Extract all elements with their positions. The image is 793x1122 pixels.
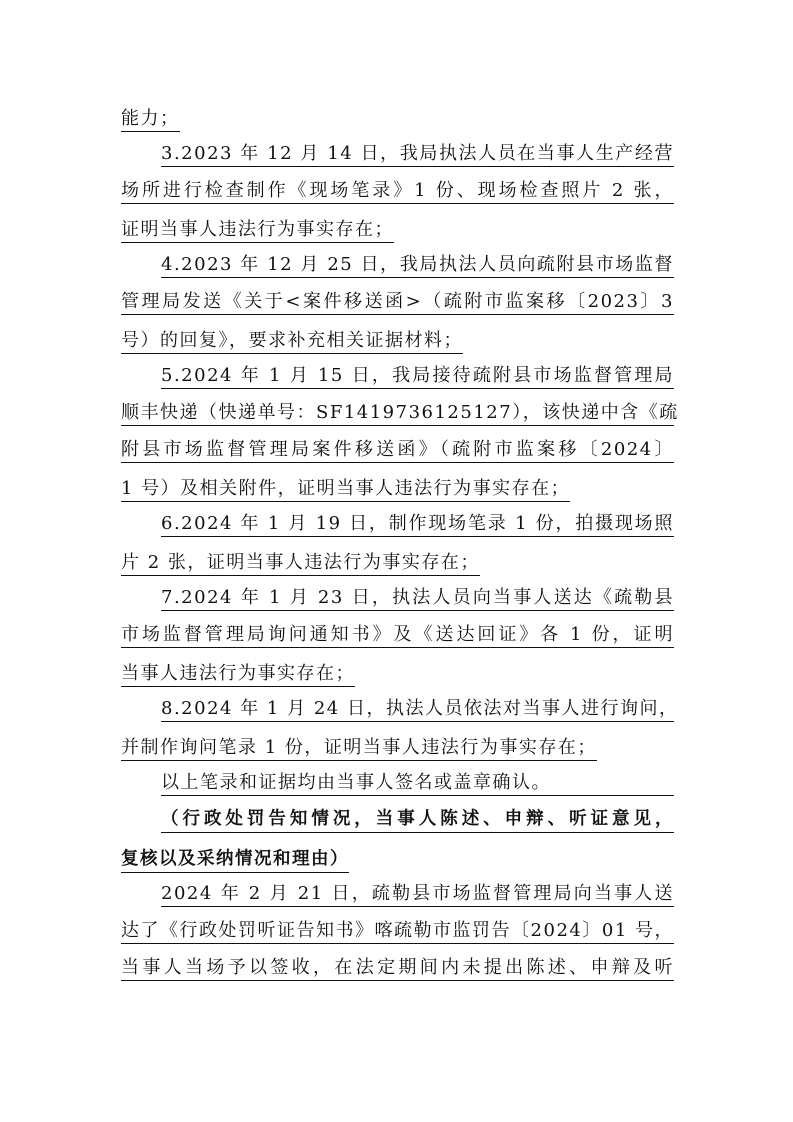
line-text: 附县市场监督管理局案件移送函》（疏附市监案移〔2024〕 xyxy=(121,437,674,463)
section-heading-line-1: （行政处罚告知情况，当事人陈述、申辩、听证意见， xyxy=(121,807,674,844)
text-line-4: 证明当事人违法行为事实存在； xyxy=(121,215,674,252)
text-line-18: 并制作询问笔录 1 份，证明当事人违法行为事实存在； xyxy=(121,733,674,770)
text-line-17: 8.2024 年 1 月 24 日，执法人员依法对当事人进行询问， xyxy=(121,696,674,733)
text-line-5: 4.2023 年 12 月 25 日，我局执法人员向疏附县市场监督 xyxy=(121,252,674,289)
text-line-1: 能力； xyxy=(121,104,674,141)
line-text: 5.2024 年 1 月 15 日，我局接待疏附县市场监督管理局 xyxy=(161,363,674,389)
line-text: 证明当事人违法行为事实存在； xyxy=(121,217,394,243)
line-text: 市场监督管理局询问通知书》及《送达回证》各 1 份，证明 xyxy=(121,622,674,648)
line-text: 7.2024 年 1 月 23 日，执法人员向当事人送达《疏勒县 xyxy=(161,585,674,611)
text-line-14: 7.2024 年 1 月 23 日，执法人员向当事人送达《疏勒县 xyxy=(121,585,674,622)
document-page: 能力； 3.2023 年 12 月 14 日，我局执法人员在当事人生产经营 场所… xyxy=(121,104,674,992)
line-text: 顺丰快递（快递单号：SF1419736125127），该快递中含《疏 xyxy=(121,400,674,426)
line-text: 3.2023 年 12 月 14 日，我局执法人员在当事人生产经营 xyxy=(161,141,674,167)
text-line-13: 片 2 张，证明当事人违法行为事实存在； xyxy=(121,548,674,585)
text-line-19: 以上笔录和证据均由当事人签名或盖章确认。 xyxy=(121,770,674,807)
line-text: 4.2023 年 12 月 25 日，我局执法人员向疏附县市场监督 xyxy=(161,252,674,278)
line-text: 号）的回复》，要求补充相关证据材料； xyxy=(121,328,463,354)
text-line-24: 当事人当场予以签收，在法定期间内未提出陈述、申辩及听 xyxy=(121,955,674,992)
text-line-15: 市场监督管理局询问通知书》及《送达回证》各 1 份，证明 xyxy=(121,622,674,659)
line-text: 1 号）及相关附件，证明当事人违法行为事实存在； xyxy=(121,476,570,502)
line-text: 2024 年 2 月 21 日，疏勒县市场监督管理局向当事人送 xyxy=(161,881,674,907)
section-heading-text: （行政处罚告知情况，当事人陈述、申辩、听证意见， xyxy=(161,807,674,833)
text-line-2: 3.2023 年 12 月 14 日，我局执法人员在当事人生产经营 xyxy=(121,141,674,178)
text-line-11: 1 号）及相关附件，证明当事人违法行为事实存在； xyxy=(121,474,674,511)
text-line-3: 场所进行检查制作《现场笔录》1 份、现场检查照片 2 张， xyxy=(121,178,674,215)
line-text: 能力； xyxy=(121,106,180,132)
text-line-10: 附县市场监督管理局案件移送函》（疏附市监案移〔2024〕 xyxy=(121,437,674,474)
line-text: 8.2024 年 1 月 24 日，执法人员依法对当事人进行询问， xyxy=(161,696,674,722)
text-line-7: 号）的回复》，要求补充相关证据材料； xyxy=(121,326,674,363)
line-text: 并制作询问笔录 1 份，证明当事人违法行为事实存在； xyxy=(121,735,597,761)
line-text: 场所进行检查制作《现场笔录》1 份、现场检查照片 2 张， xyxy=(121,178,674,204)
line-text: 当事人违法行为事实存在； xyxy=(121,661,355,687)
line-text: 以上笔录和证据均由当事人签名或盖章确认。 xyxy=(161,770,674,796)
text-line-12: 6.2024 年 1 月 19 日，制作现场笔录 1 份，拍摄现场照 xyxy=(121,511,674,548)
line-text: 管理局发送《关于<案件移送函>（疏附市监案移〔2023〕3 xyxy=(121,289,674,315)
section-heading-line-2: 复核以及采纳情况和理由） xyxy=(121,844,674,881)
line-text: 6.2024 年 1 月 19 日，制作现场笔录 1 份，拍摄现场照 xyxy=(161,511,674,537)
text-line-16: 当事人违法行为事实存在； xyxy=(121,659,674,696)
section-heading-text: 复核以及采纳情况和理由） xyxy=(121,847,349,873)
text-line-9: 顺丰快递（快递单号：SF1419736125127），该快递中含《疏 xyxy=(121,400,674,437)
line-text: 片 2 张，证明当事人违法行为事实存在； xyxy=(121,550,480,576)
text-line-8: 5.2024 年 1 月 15 日，我局接待疏附县市场监督管理局 xyxy=(121,363,674,400)
text-line-6: 管理局发送《关于<案件移送函>（疏附市监案移〔2023〕3 xyxy=(121,289,674,326)
text-line-22: 2024 年 2 月 21 日，疏勒县市场监督管理局向当事人送 xyxy=(121,881,674,918)
line-text: 达了《行政处罚听证告知书》喀疏勒市监罚告〔2024〕01 号， xyxy=(121,918,674,944)
line-text: 当事人当场予以签收，在法定期间内未提出陈述、申辩及听 xyxy=(121,955,674,981)
text-line-23: 达了《行政处罚听证告知书》喀疏勒市监罚告〔2024〕01 号， xyxy=(121,918,674,955)
